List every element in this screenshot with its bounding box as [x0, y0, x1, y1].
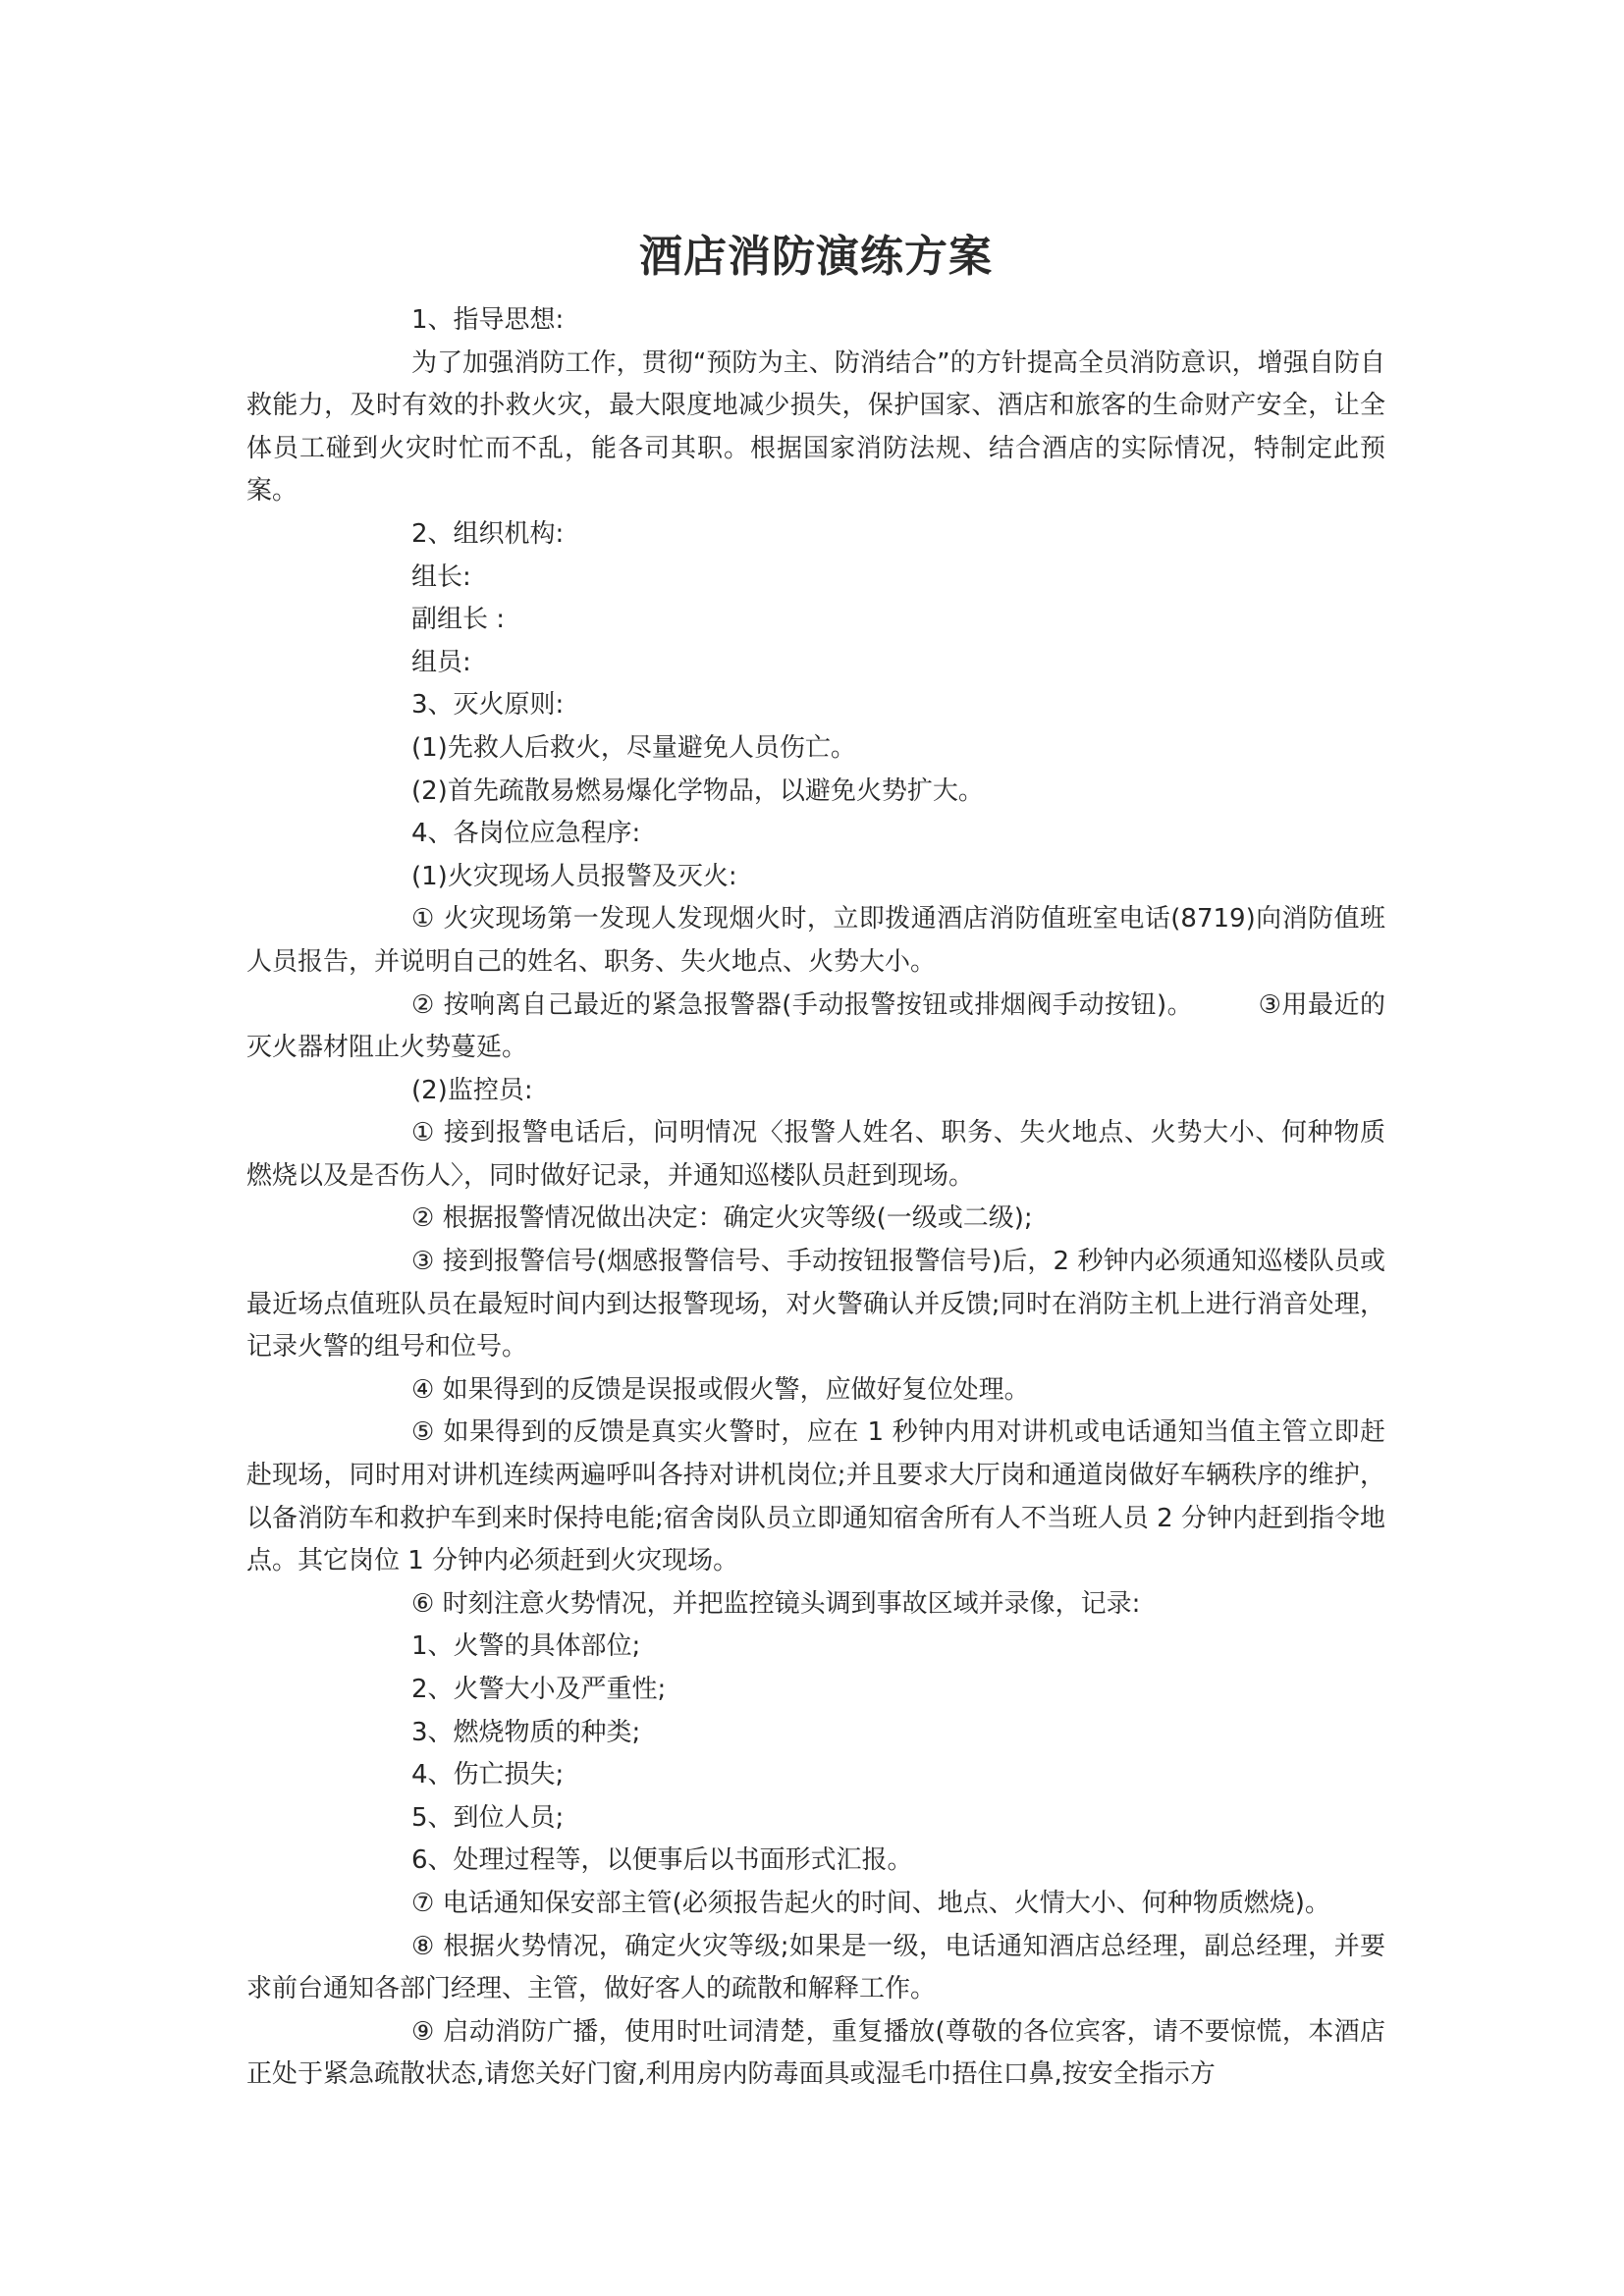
document-title: 酒店消防演练方案: [246, 228, 1385, 287]
record-item-4: 4、伤亡损失;: [246, 1754, 1385, 1797]
procedure-monitor-2: ② 根据报警情况做出决定：确定火灾等级(一级或二级);: [246, 1198, 1385, 1241]
record-item-5: 5、到位人员;: [246, 1797, 1385, 1841]
heading-organization: 2、组织机构:: [246, 513, 1385, 557]
principle-item-1: (1)先救人后救火，尽量避免人员伤亡。: [246, 727, 1385, 771]
heading-firefighting-principles: 3、灭火原则:: [246, 684, 1385, 727]
procedure-monitor-7: ⑦ 电话通知保安部主管(必须报告起火的时间、地点、火情大小、何种物质燃烧)。: [246, 1883, 1385, 1926]
record-item-1: 1、火警的具体部位;: [246, 1626, 1385, 1669]
heading-guiding-principle: 1、指导思想:: [246, 299, 1385, 343]
procedure-onsite-2-3: ② 按响离自己最近的紧急报警器(手动报警按钮或排烟阀手动按钮)。 ③用最近的灭火…: [246, 985, 1385, 1070]
record-item-2: 2、火警大小及严重性;: [246, 1669, 1385, 1712]
procedure-monitor-8: ⑧ 根据火势情况，确定火灾等级;如果是一级，电话通知酒店总经理，副总经理，并要求…: [246, 1926, 1385, 2011]
procedure-onsite-1: ① 火灾现场第一发现人发现烟火时，立即拨通酒店消防值班室电话(8719)向消防值…: [246, 898, 1385, 984]
procedure-monitor-9: ⑨ 启动消防广播，使用时吐词清楚，重复播放(尊敬的各位宾客，请不要惊慌，本酒店正…: [246, 2011, 1385, 2097]
field-team-members: 组员:: [246, 642, 1385, 685]
document-body: 1、指导思想: 为了加强消防工作，贯彻“预防为主、防消结合”的方针提高全员消防意…: [246, 299, 1385, 2097]
field-team-leader: 组长:: [246, 557, 1385, 600]
subheading-onsite-personnel: (1)火灾现场人员报警及灭火:: [246, 856, 1385, 899]
procedure-monitor-3: ③ 接到报警信号(烟感报警信号、手动按钮报警信号)后，2 秒钟内必须通知巡楼队员…: [246, 1241, 1385, 1369]
record-item-6: 6、处理过程等，以便事后以书面形式汇报。: [246, 1840, 1385, 1883]
procedure-monitor-5: ⑤ 如果得到的反馈是真实火警时，应在 1 秒钟内用对讲机或电话通知当值主管立即赶…: [246, 1412, 1385, 1582]
heading-emergency-procedures: 4、各岗位应急程序:: [246, 813, 1385, 856]
procedure-monitor-6: ⑥ 时刻注意火势情况，并把监控镜头调到事故区域并录像，记录:: [246, 1583, 1385, 1627]
field-deputy-leader: 副组长 :: [246, 599, 1385, 642]
procedure-monitor-1: ① 接到报警电话后，问明情况〈报警人姓名、职务、失火地点、火势大小、何种物质燃烧…: [246, 1112, 1385, 1198]
procedure-monitor-4: ④ 如果得到的反馈是误报或假火警，应做好复位处理。: [246, 1369, 1385, 1413]
paragraph-guiding-principle: 为了加强消防工作，贯彻“预防为主、防消结合”的方针提高全员消防意识，增强自防自救…: [246, 343, 1385, 513]
record-item-3: 3、燃烧物质的种类;: [246, 1712, 1385, 1755]
principle-item-2: (2)首先疏散易燃易爆化学物品，以避免火势扩大。: [246, 771, 1385, 814]
subheading-monitor-operator: (2)监控员:: [246, 1070, 1385, 1113]
